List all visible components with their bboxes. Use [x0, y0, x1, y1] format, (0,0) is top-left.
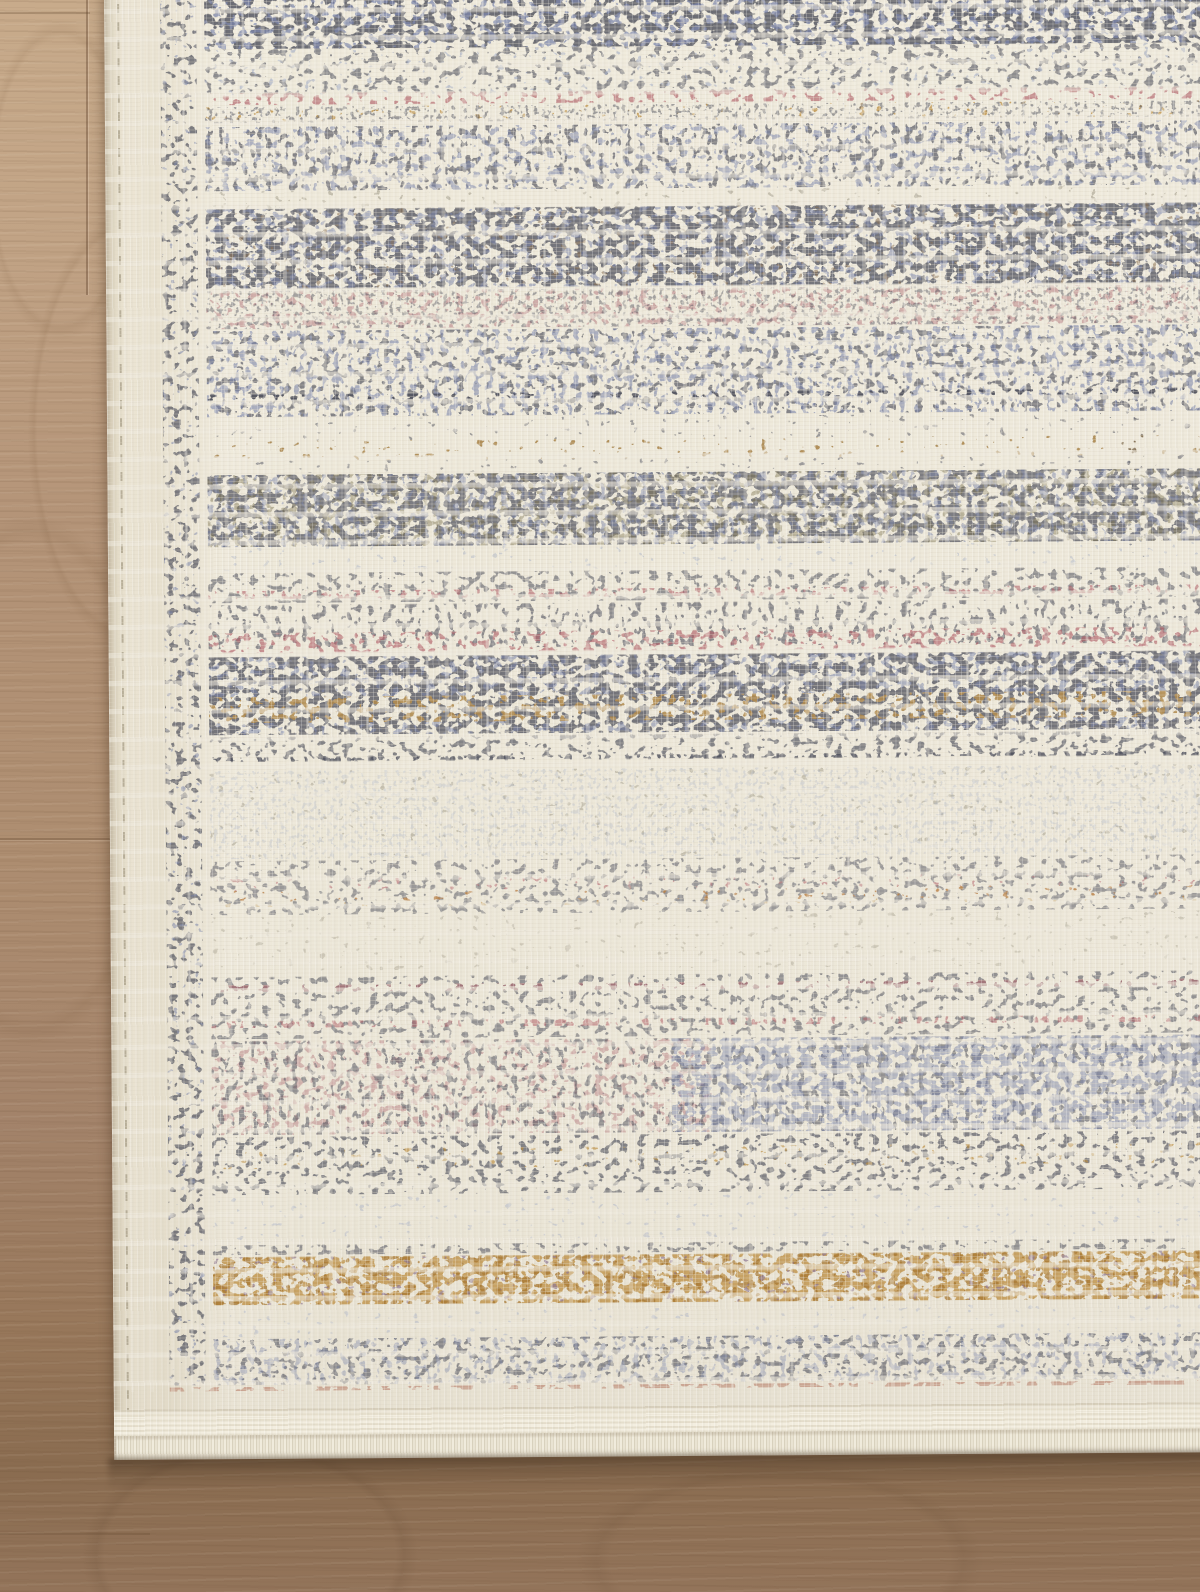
rug — [104, 0, 1200, 1460]
rug-thread-texture-overlay — [104, 0, 1200, 1460]
scene — [0, 0, 1200, 1592]
plank-seam-vertical — [86, 0, 88, 295]
plank-seam-horizontal-left — [0, 838, 110, 840]
plank-seam-horizontal-bottom — [0, 1533, 150, 1535]
plank-seam-horizontal-top — [0, 12, 90, 14]
